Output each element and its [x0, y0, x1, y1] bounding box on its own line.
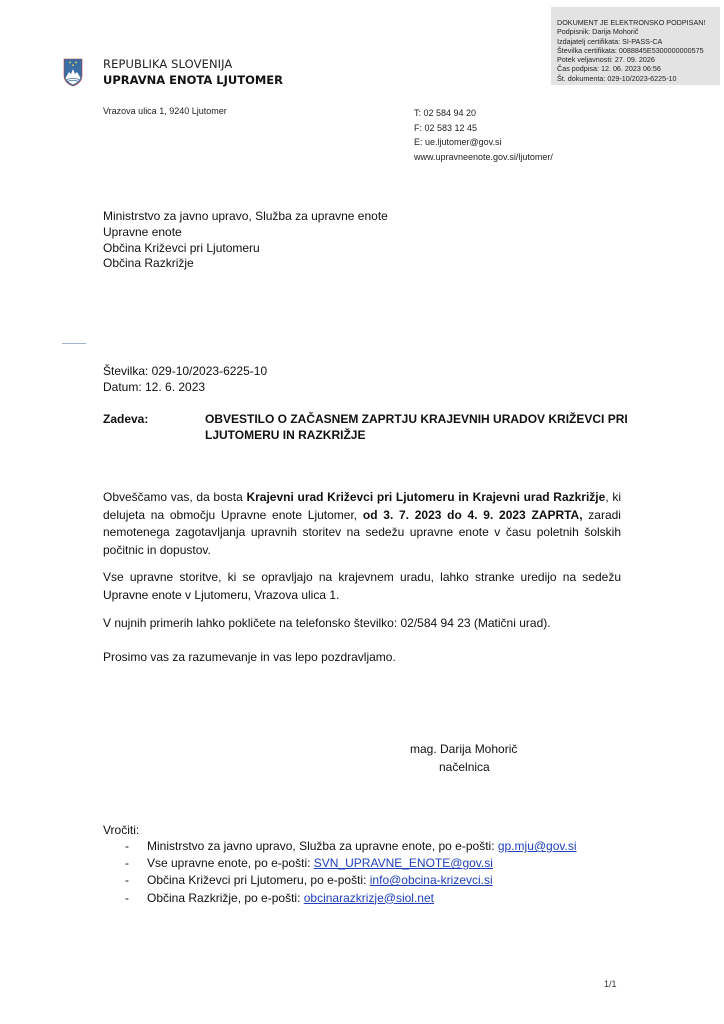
phone: T: 02 584 94 20	[414, 106, 553, 121]
email-link[interactable]: SVN_UPRAVNE_ENOTE@gov.si	[314, 856, 493, 870]
recipient: Občina Križevci pri Ljutomeru	[103, 241, 388, 257]
email-link[interactable]: obcinarazkrizje@siol.net	[304, 891, 434, 905]
list-item: -Ministrstvo za javno upravo, Služba za …	[103, 838, 577, 855]
slovenia-coat-of-arms-icon	[62, 57, 84, 87]
signer-name: mag. Darija Mohorič	[410, 741, 517, 759]
subject-text: OBVESTILO O ZAČASNEM ZAPRTJU KRAJEVNIH U…	[205, 412, 635, 443]
email-link[interactable]: info@obcina-krizevci.si	[370, 873, 493, 887]
fold-mark	[62, 343, 86, 344]
org-address: Vrazova ulica 1, 9240 Ljutomer	[103, 106, 227, 116]
bullet-dash: -	[125, 855, 129, 872]
recipient: Ministrstvo za javno upravo, Služba za u…	[103, 209, 388, 225]
body-paragraph-4: Prosimo vas za razumevanje in vas lepo p…	[103, 649, 621, 667]
org-unit: UPRAVNA ENOTA LJUTOMER	[103, 73, 283, 87]
signature-line: Št. dokumenta: 029-10/2023-6225-10	[557, 74, 720, 83]
recipients-block: Ministrstvo za javno upravo, Služba za u…	[103, 209, 388, 272]
signer-block: mag. Darija Mohorič načelnica	[410, 741, 517, 776]
delivery-text: Občina Razkrižje, po e-pošti:	[147, 891, 304, 905]
subject-label: Zadeva:	[103, 412, 148, 426]
list-item: -Občina Križevci pri Ljutomeru, po e-poš…	[103, 872, 577, 889]
delivery-text: Vse upravne enote, po e-pošti:	[147, 856, 314, 870]
page-number: 1/1	[604, 979, 617, 989]
bold-text: od 3. 7. 2023 do 4. 9. 2023 ZAPRTA,	[363, 508, 583, 522]
website: www.upravneenote.gov.si/ljutomer/	[414, 150, 553, 165]
text: Obveščamo vas, da bosta	[103, 490, 246, 504]
bullet-dash: -	[125, 838, 129, 855]
org-country: REPUBLIKA SLOVENIJA	[103, 57, 232, 71]
delivery-label: Vročiti:	[103, 823, 139, 837]
delivery-list: -Ministrstvo za javno upravo, Služba za …	[103, 838, 577, 907]
recipient: Upravne enote	[103, 225, 388, 241]
body-paragraph-2: Vse upravne storitve, ki se opravljajo n…	[103, 569, 621, 604]
electronic-signature-box: DOKUMENT JE ELEKTRONSKO PODPISAN! Podpis…	[551, 7, 720, 85]
bold-text: Krajevni urad Križevci pri Ljutomeru in …	[246, 490, 605, 504]
bullet-dash: -	[125, 890, 129, 907]
email: E: ue.ljutomer@gov.si	[414, 135, 553, 150]
signature-line: Izdajatelj certifikata: SI-PASS-CA	[557, 37, 720, 46]
list-item: -Občina Razkrižje, po e-pošti: obcinaraz…	[103, 890, 577, 907]
fax: F: 02 583 12 45	[414, 121, 553, 136]
document-number: Številka: 029-10/2023-6225-10	[103, 364, 267, 380]
signer-title: načelnica	[410, 759, 517, 777]
signature-line: Podpisnik: Darija Mohorič	[557, 27, 720, 36]
bullet-dash: -	[125, 872, 129, 889]
email-link[interactable]: gp.mju@gov.si	[498, 839, 577, 853]
signature-line: DOKUMENT JE ELEKTRONSKO PODPISAN!	[557, 18, 720, 27]
body-paragraph-1: Obveščamo vas, da bosta Krajevni urad Kr…	[103, 489, 621, 559]
document-date: Datum: 12. 6. 2023	[103, 380, 267, 396]
list-item: -Vse upravne enote, po e-pošti: SVN_UPRA…	[103, 855, 577, 872]
reference-block: Številka: 029-10/2023-6225-10 Datum: 12.…	[103, 364, 267, 395]
delivery-text: Ministrstvo za javno upravo, Služba za u…	[147, 839, 498, 853]
signature-line: Potek veljavnosti: 27. 09. 2026	[557, 55, 720, 64]
recipient: Občina Razkrižje	[103, 256, 388, 272]
org-contacts: T: 02 584 94 20 F: 02 583 12 45 E: ue.lj…	[414, 106, 553, 164]
body-paragraph-3: V nujnih primerih lahko pokličete na tel…	[103, 615, 621, 633]
delivery-text: Občina Križevci pri Ljutomeru, po e-pošt…	[147, 873, 370, 887]
signature-line: Številka certifikata: 0088845E5300000000…	[557, 46, 720, 55]
signature-line: Čas podpisa: 12. 06. 2023 06:56	[557, 64, 720, 73]
